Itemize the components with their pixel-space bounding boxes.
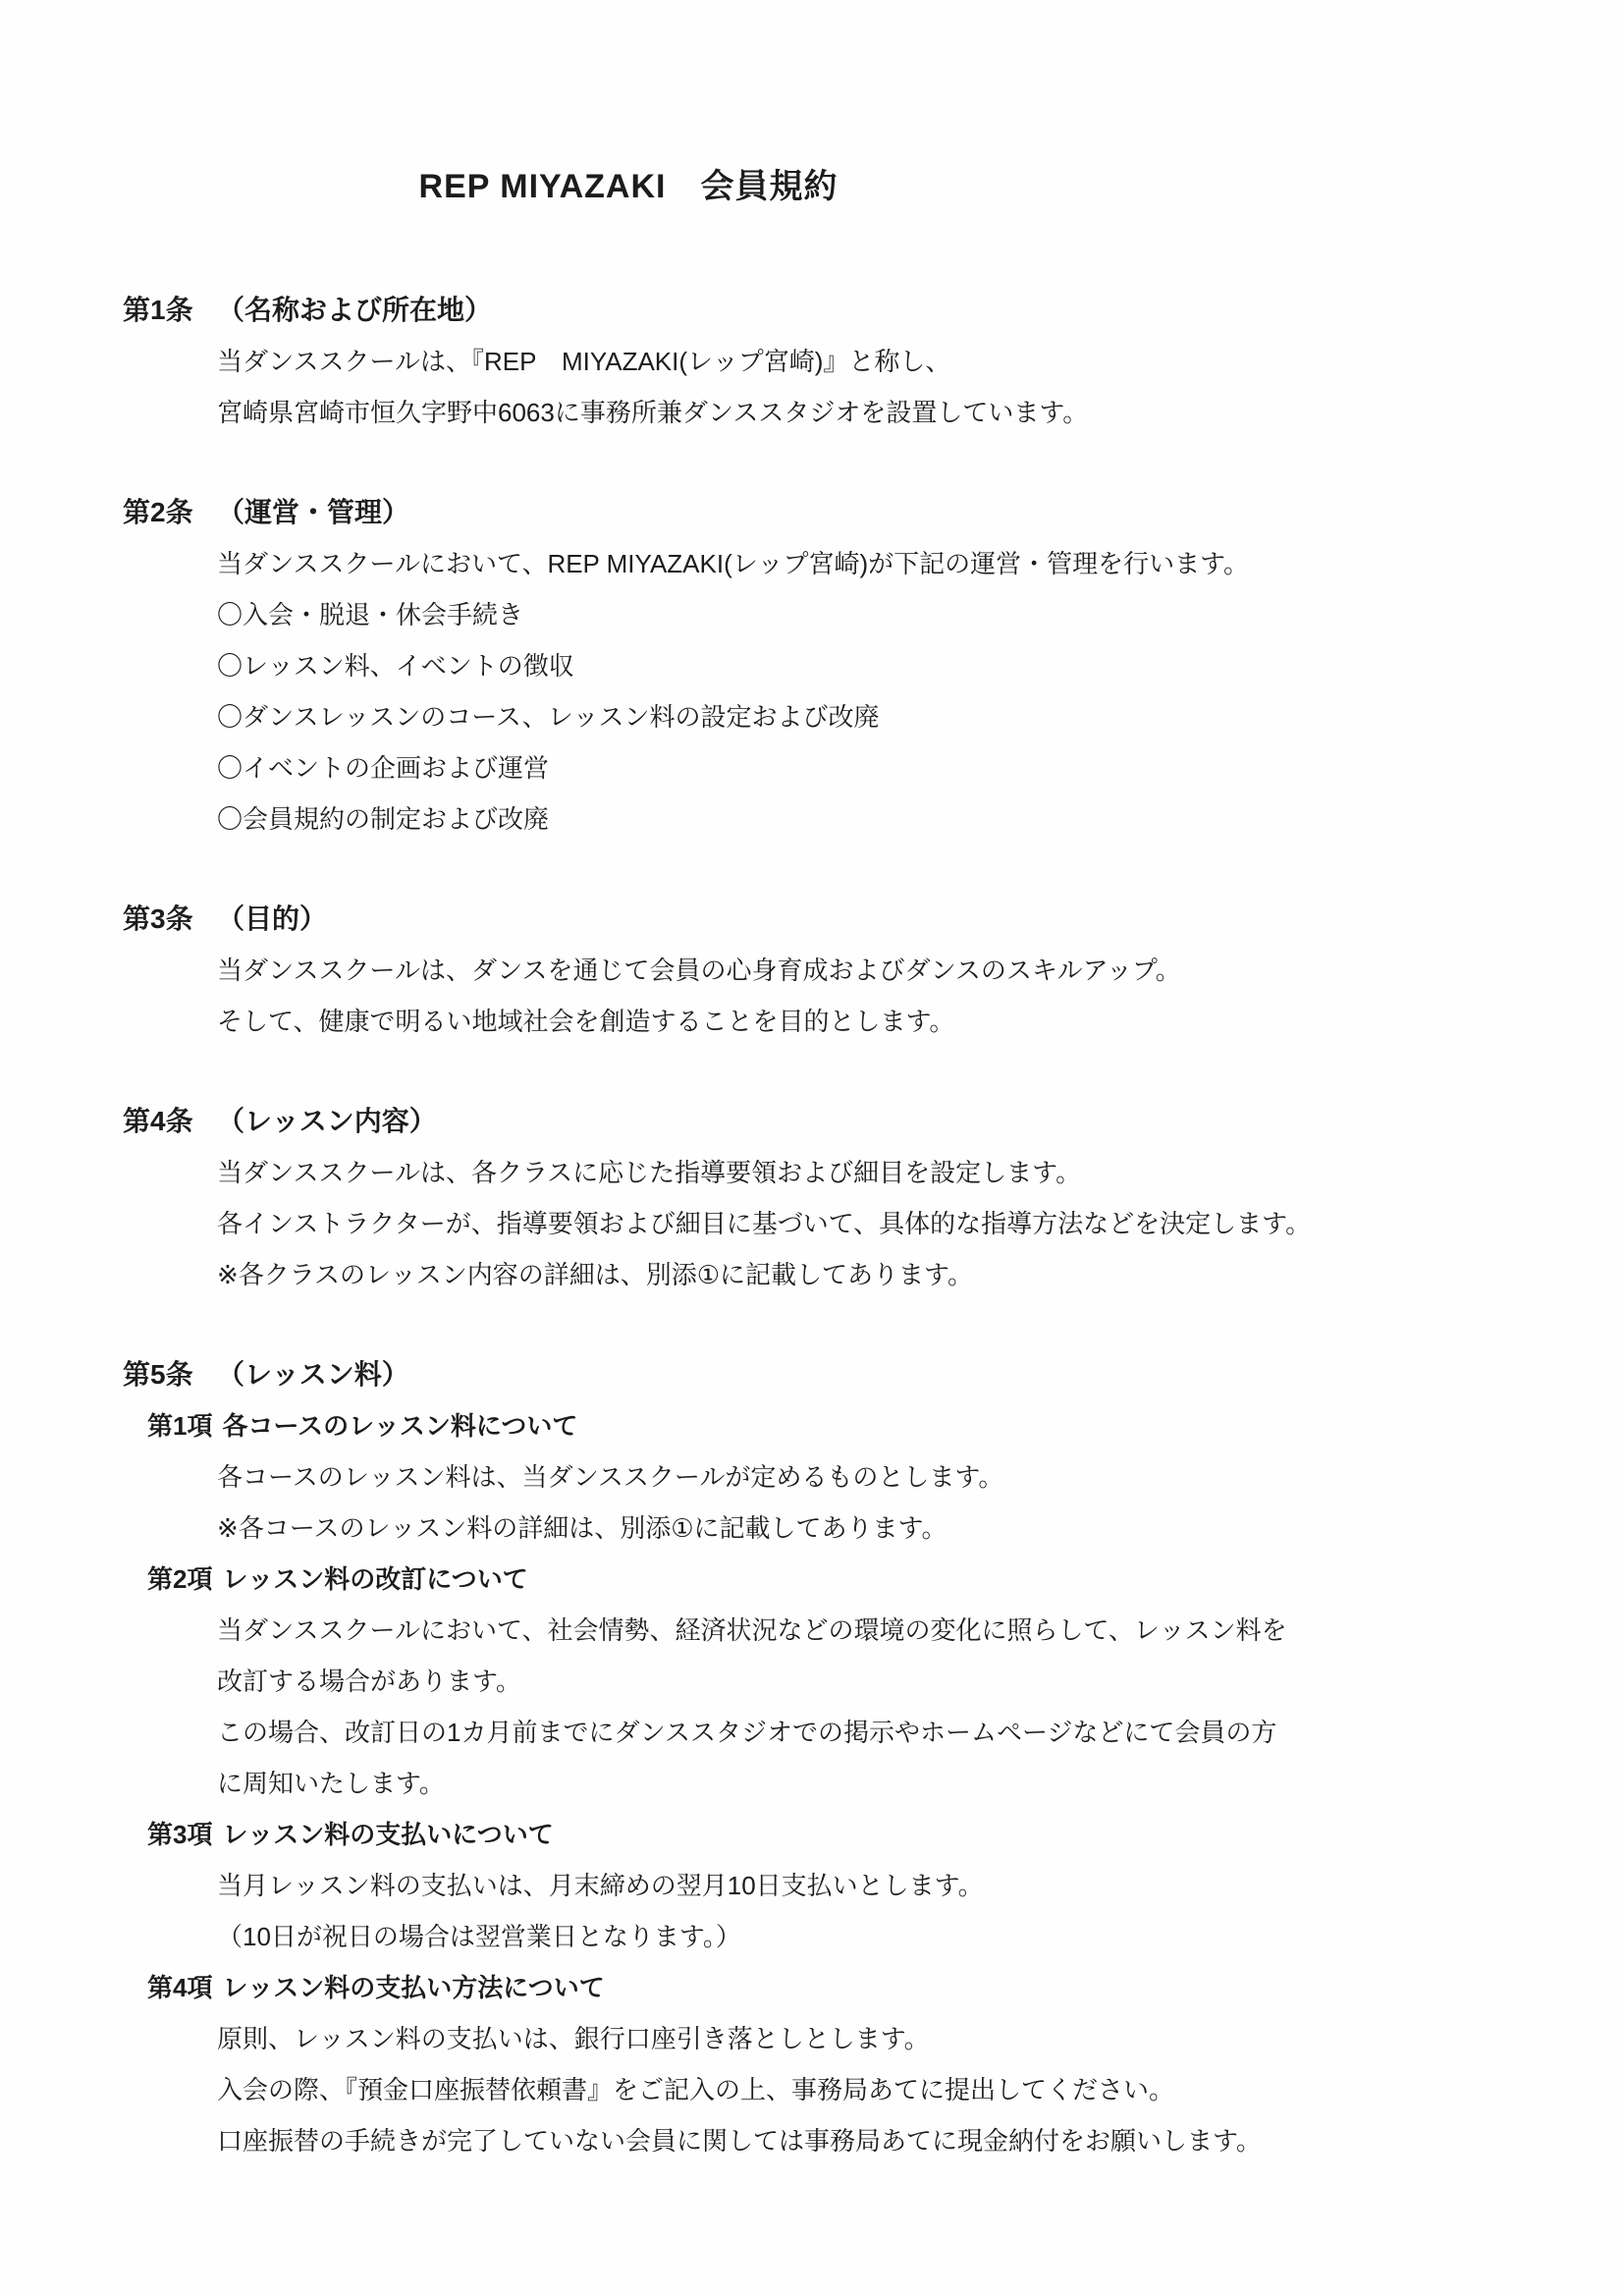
- article-2: 第2条（運営・管理） 当ダンススクールにおいて、REP MIYAZAKI(レップ…: [0, 487, 1624, 845]
- list-item-line: 〇入会・脱退・休会手続き: [0, 589, 1624, 640]
- body-line: 口座振替の手続きが完了していない会員に関しては事務局あてに現金納付をお願いします…: [0, 2115, 1624, 2166]
- article-1-title: （名称および所在地）: [217, 295, 492, 325]
- clause-2-label: 第2項: [147, 1554, 212, 1605]
- list-item-line: 〇イベントの企画および運営: [0, 742, 1624, 793]
- article-4: 第4条（レッスン内容） 当ダンススクールは、各クラスに応じた指導要領および細目を…: [0, 1096, 1624, 1300]
- article-5-label: 第5条: [123, 1349, 205, 1400]
- article-3-heading: 第3条（目的）: [0, 894, 1624, 945]
- body-line: 原則、レッスン料の支払いは、銀行口座引き落としとします。: [0, 2013, 1624, 2064]
- body-line: 当月レッスン料の支払いは、月末締めの翌月10日支払いとします。: [0, 1860, 1624, 1911]
- document-page: REP MIYAZAKI 会員規約 第1条（名称および所在地） 当ダンススクール…: [0, 0, 1624, 2296]
- clause-4-label: 第4項: [147, 1962, 212, 2013]
- note-line: ※各コースのレッスン料の詳細は、別添①に記載してあります。: [0, 1503, 1624, 1554]
- body-line: 宮崎県宮崎市恒久字野中6063に事務所兼ダンススタジオを設置しています。: [0, 387, 1624, 438]
- clause-2-heading: 第2項レッスン料の改訂について: [0, 1554, 1624, 1605]
- body-line: 入会の際、『預金口座振替依頼書』をご記入の上、事務局あてに提出してください。: [0, 2064, 1624, 2115]
- article-3-label: 第3条: [123, 894, 205, 945]
- clause-2: 第2項レッスン料の改訂について 当ダンススクールにおいて、社会情勢、経済状況など…: [0, 1554, 1624, 1809]
- article-4-label: 第4条: [123, 1096, 205, 1147]
- article-5: 第5条（レッスン料） 第1項各コースのレッスン料について 各コースのレッスン料は…: [0, 1349, 1624, 2166]
- body-line: 当ダンススクールにおいて、社会情勢、経済状況などの環境の変化に照らして、レッスン…: [0, 1605, 1624, 1656]
- clause-3-title: レッスン料の支払いについて: [222, 1820, 553, 1849]
- article-2-title: （運営・管理）: [217, 497, 409, 527]
- document-title: REP MIYAZAKI 会員規約: [0, 0, 1257, 208]
- article-4-title: （レッスン内容）: [217, 1106, 437, 1136]
- body-line: 各インストラクターが、指導要領および細目に基づいて、具体的な指導方法などを決定し…: [0, 1198, 1624, 1249]
- article-3: 第3条（目的） 当ダンススクールは、ダンスを通じて会員の心身育成およびダンスのス…: [0, 894, 1624, 1047]
- clause-1-title: 各コースのレッスン料について: [222, 1411, 577, 1441]
- clause-4-heading: 第4項レッスン料の支払い方法について: [0, 1962, 1624, 2013]
- note-line: ※各クラスのレッスン内容の詳細は、別添①に記載してあります。: [0, 1249, 1624, 1300]
- clause-1-heading: 第1項各コースのレッスン料について: [0, 1400, 1624, 1451]
- body-line: 当ダンススクールは、『REP MIYAZAKI(レップ宮崎)』と称し、: [0, 336, 1624, 387]
- clause-1-label: 第1項: [147, 1400, 212, 1451]
- article-2-body: 当ダンススクールにおいて、REP MIYAZAKI(レップ宮崎)が下記の運営・管…: [0, 538, 1624, 845]
- article-1-body: 当ダンススクールは、『REP MIYAZAKI(レップ宮崎)』と称し、 宮崎県宮…: [0, 336, 1624, 438]
- article-2-label: 第2条: [123, 487, 205, 538]
- article-4-body: 当ダンススクールは、各クラスに応じた指導要領および細目を設定します。 各インスト…: [0, 1147, 1624, 1300]
- body-line: 当ダンススクールは、各クラスに応じた指導要領および細目を設定します。: [0, 1147, 1624, 1198]
- clause-4-title: レッスン料の支払い方法について: [222, 1973, 604, 2002]
- article-3-title: （目的）: [217, 903, 327, 934]
- body-line: 改訂する場合があります。: [0, 1656, 1624, 1707]
- body-line: 各コースのレッスン料は、当ダンススクールが定めるものとします。: [0, 1451, 1624, 1503]
- body-line: この場合、改訂日の1カ月前までにダンススタジオでの掲示やホームページなどにて会員…: [0, 1707, 1624, 1758]
- list-item-line: 〇レッスン料、イベントの徴収: [0, 640, 1624, 691]
- article-1-heading: 第1条（名称および所在地）: [0, 285, 1624, 336]
- clause-3-heading: 第3項レッスン料の支払いについて: [0, 1809, 1624, 1860]
- article-3-body: 当ダンススクールは、ダンスを通じて会員の心身育成およびダンスのスキルアップ。 そ…: [0, 945, 1624, 1047]
- article-5-heading: 第5条（レッスン料）: [0, 1349, 1624, 1400]
- article-5-title: （レッスン料）: [217, 1359, 409, 1390]
- body-line: 当ダンススクールは、ダンスを通じて会員の心身育成およびダンスのスキルアップ。: [0, 945, 1624, 996]
- article-4-heading: 第4条（レッスン内容）: [0, 1096, 1624, 1147]
- article-1-label: 第1条: [123, 285, 205, 336]
- article-1: 第1条（名称および所在地） 当ダンススクールは、『REP MIYAZAKI(レッ…: [0, 285, 1624, 438]
- list-item-line: 〇ダンスレッスンのコース、レッスン料の設定および改廃: [0, 691, 1624, 742]
- body-line: そして、健康で明るい地域社会を創造することを目的とします。: [0, 996, 1624, 1047]
- clause-4: 第4項レッスン料の支払い方法について 原則、レッスン料の支払いは、銀行口座引き落…: [0, 1962, 1624, 2166]
- body-line: に周知いたします。: [0, 1758, 1624, 1809]
- clause-3: 第3項レッスン料の支払いについて 当月レッスン料の支払いは、月末締めの翌月10日…: [0, 1809, 1624, 1962]
- article-2-heading: 第2条（運営・管理）: [0, 487, 1624, 538]
- clause-3-label: 第3項: [147, 1809, 212, 1860]
- list-item-line: 〇会員規約の制定および改廃: [0, 793, 1624, 845]
- body-line: （10日が祝日の場合は翌営業日となります。）: [0, 1911, 1624, 1962]
- clause-1: 第1項各コースのレッスン料について 各コースのレッスン料は、当ダンススクールが定…: [0, 1400, 1624, 1554]
- body-line: 当ダンススクールにおいて、REP MIYAZAKI(レップ宮崎)が下記の運営・管…: [0, 538, 1624, 589]
- clause-2-title: レッスン料の改訂について: [222, 1564, 527, 1594]
